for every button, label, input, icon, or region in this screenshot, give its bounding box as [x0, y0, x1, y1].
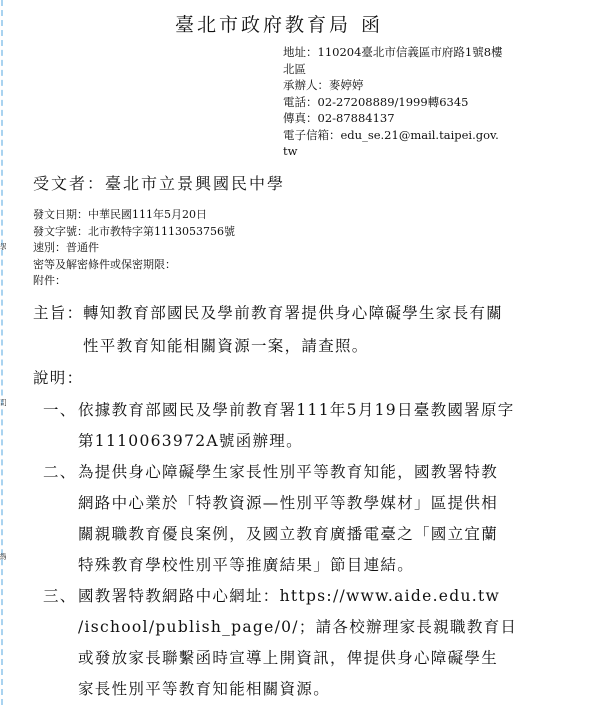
meta-block: 發文日期：中華民國111年5月20日 發文字號：北市教特字第1113053756…: [33, 207, 235, 290]
item-3-line-1: 國教署特教網路中心網址：https://www.aide.edu.tw: [78, 584, 500, 606]
subject-label: 主旨：: [33, 301, 83, 323]
item-3-marker: 三、: [43, 584, 77, 606]
binding-line: [1, 0, 3, 705]
subject-line-1: 轉知教育部國民及學前教育署提供身心障礙學生家長有關: [83, 301, 503, 323]
contact-block: 地址：110204臺北市信義區市府路1號8樓 北區 承辦人：麥婷婷 電話：02-…: [283, 44, 523, 160]
speed-class: 速別：普通件: [33, 240, 235, 257]
item-1-line-2: 第1110063972A號函辦理。: [78, 429, 303, 451]
issue-date: 發文日期：中華民國111年5月20日: [33, 207, 235, 224]
item-3-line-3: 或發放家長聯繫函時宣導上開資訊，俾提供身心障礙學生: [78, 646, 498, 668]
margin-mark-1: 裝: [0, 243, 6, 251]
item-2-line-3: 關親職教育優良案例，及國立教育廣播電臺之「國立宜蘭: [78, 522, 498, 544]
margin-mark-2: 訂: [0, 399, 6, 407]
explanation-label: 說明：: [33, 366, 83, 388]
doc-type: 函: [361, 14, 383, 36]
document-title: 臺北市政府教育局函: [175, 10, 383, 37]
item-2-line-4: 特殊教育學校性別平等推廣結果」節目連結。: [78, 553, 414, 575]
item-1-marker: 一、: [43, 398, 77, 420]
address-line-2: 北區: [283, 61, 523, 78]
address-line-1: 地址：110204臺北市信義區市府路1號8樓: [283, 44, 523, 61]
item-1-line-1: 依據教育部國民及學前教育署111年5月19日臺教國署原字: [78, 398, 515, 420]
item-2-line-2: 網路中心業於「特教資源—性別平等教學媒材」區提供相: [78, 491, 498, 513]
margin-mark-3: 線: [0, 553, 6, 561]
attachment: 附件：: [33, 273, 235, 290]
agency-name: 臺北市政府教育局: [175, 14, 351, 36]
handler: 承辦人：麥婷婷: [283, 77, 523, 94]
item-3-line-4: 家長性別平等教育知能相關資源。: [78, 677, 330, 699]
fax: 傳真：02-87884137: [283, 110, 523, 127]
item-2-line-1: 為提供身心障礙學生家長性別平等教育知能，國教署特教: [78, 460, 498, 482]
recipient: 受文者：臺北市立景興國民中學: [33, 171, 285, 194]
phone: 電話：02-27208889/1999轉6345: [283, 94, 523, 111]
item-3-line-2: /ischool/publish_page/0/；請各校辦理家長親職教育日: [78, 615, 517, 637]
email-line-2: tw: [283, 143, 523, 160]
email-line-1: 電子信箱：edu_se.21@mail.taipei.gov.: [283, 127, 523, 144]
item-2-marker: 二、: [43, 460, 77, 482]
secrecy-level: 密等及解密條件或保密期限：: [33, 257, 235, 274]
subject-line-2: 性平教育知能相關資源一案，請查照。: [83, 334, 369, 356]
doc-number: 發文字號：北市教特字第1113053756號: [33, 224, 235, 241]
